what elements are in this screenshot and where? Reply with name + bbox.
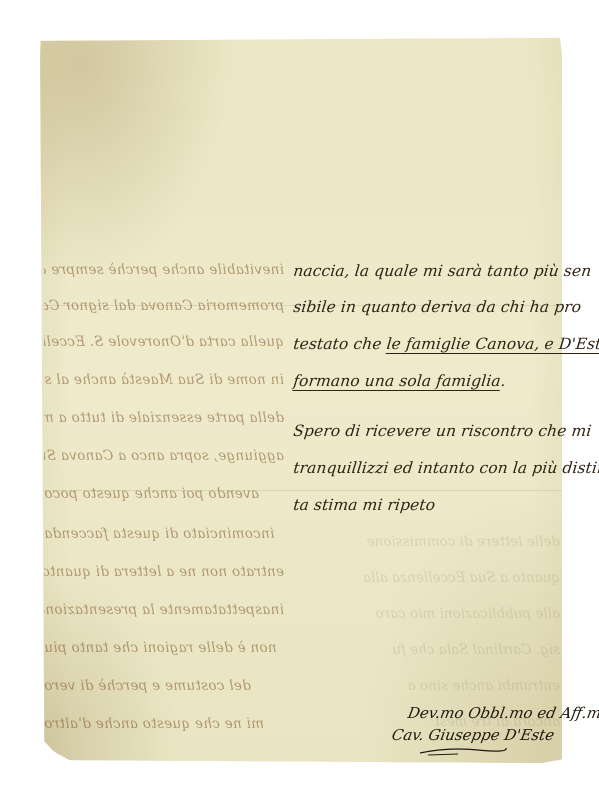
letter-line: testato che le famiglie Canova, e D'Este (292, 331, 599, 357)
bleed-through-line: del costume e perchè di vero (44, 674, 284, 698)
letter-text: tranquillizzi ed intanto con la più dist… (292, 459, 599, 477)
bleed-through-faint-line: delle lettere di commissione (300, 530, 560, 554)
bleed-through-line: non è delle ragioni che tanto piu (44, 636, 284, 660)
letter-text: ta stima mi ripeto (292, 496, 436, 514)
bleed-through-line: promemoria Canova dal signor Canova nel (44, 294, 284, 318)
underlined-text: le famiglie Canova, e D'Este (386, 335, 599, 353)
bleed-through-faint-line: quanto a Sua Eccellenza alla (300, 566, 560, 590)
letter-line: ta stima mi ripeto (292, 492, 437, 518)
letter-text: Spero di ricevere un riscontro che mi (292, 422, 592, 440)
bleed-through-line: inaspettatamente la presentazione di que… (44, 598, 284, 622)
signature-flourish-icon (418, 745, 508, 757)
bleed-through-line: inevitabile anche perchè sempre aggravat… (44, 258, 284, 282)
bleed-through-line: incominciato di questa faccenda (44, 522, 284, 546)
letter-text: testato che (292, 335, 387, 353)
letter-line: formano una sola famiglia. (292, 368, 507, 394)
bleed-through-line: avendo poi anche questo poco (44, 482, 284, 506)
bleed-through-faint-line: sig. Cardinal Sala che fu (300, 638, 560, 662)
letter-line: tranquillizzi ed intanto con la più dist… (292, 455, 599, 481)
letter-line: sibile in quanto deriva da chi ha pro (292, 294, 583, 320)
signature-closing: Dev.mo Obbl.mo ed Aff.mo (406, 704, 599, 722)
bleed-through-line: della parte essenziale di tutto a molta (44, 406, 284, 430)
bleed-through-line: in nome di Sua Maestà anche al sig. (44, 368, 284, 392)
underlined-text: formano una sola famiglia (292, 372, 501, 390)
bleed-through-faint-line: entrambi anche sino a (300, 674, 560, 698)
bleed-through-line: aggiunge, sopra anco a Canova Sua Maestà (44, 444, 284, 468)
letter-text: sibile in quanto deriva da chi ha pro (292, 298, 582, 316)
bleed-through-line: quella carta d'Onorevole S. Eccellenza i… (44, 330, 284, 354)
letter-line: naccia, la quale mi sarà tanto più sen (292, 258, 593, 284)
signature-name: Cav. Giuseppe D'Este (390, 726, 555, 744)
bleed-through-line: mi ne che questo anche d'altro (44, 712, 284, 736)
bleed-through-line: entrato non ne a lettera di quanto (44, 560, 284, 584)
bleed-through-faint-line: alle pubblicazioni mio caro (300, 602, 560, 626)
letter-line: Spero di ricevere un riscontro che mi (292, 418, 593, 444)
letter-text: naccia, la quale mi sarà tanto più sen (292, 262, 592, 280)
